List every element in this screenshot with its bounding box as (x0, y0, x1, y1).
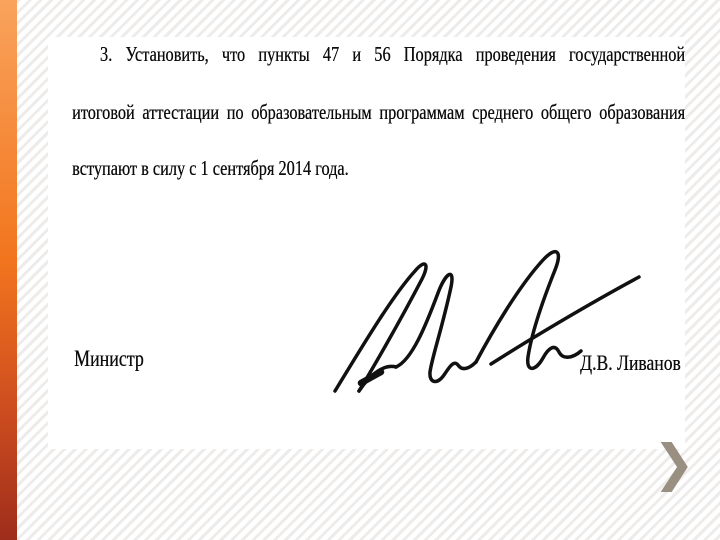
paragraph-line: вступают в силу с 1 сентября 2014 года. (72, 155, 685, 181)
slide-background: 3. Установить, что пункты 47 и 56 Порядк… (0, 0, 720, 540)
signer-name: Д.В. Ливанов (580, 350, 681, 376)
paragraph-line: 3. Установить, что пункты 47 и 56 Порядк… (72, 41, 685, 67)
accent-bar (0, 0, 17, 540)
signer-title: Министр (74, 346, 144, 372)
document-scan: 3. Установить, что пункты 47 и 56 Порядк… (48, 37, 685, 449)
next-slide-chevron-icon[interactable]: ❯ (653, 438, 695, 488)
paragraph-line: итоговой аттестации по образовательным п… (72, 99, 685, 125)
